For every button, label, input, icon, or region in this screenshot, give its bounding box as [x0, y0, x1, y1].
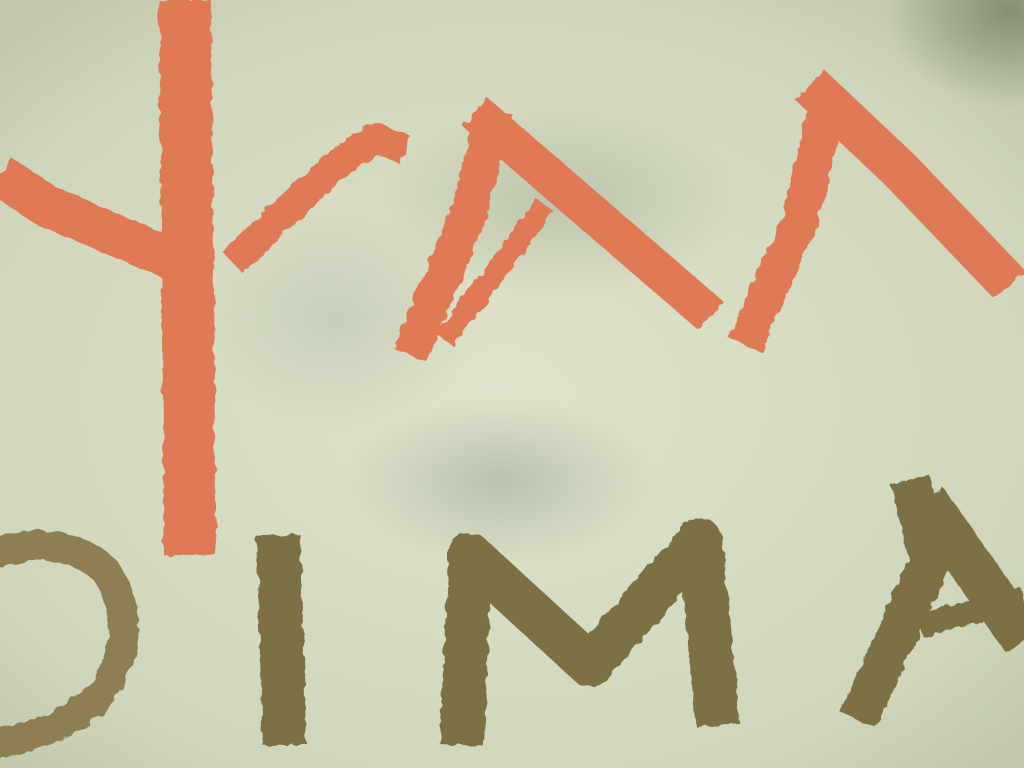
letter-strokes	[0, 0, 1024, 768]
macro-photo: IMA	[0, 0, 1024, 768]
a-like-glyph-crossbar	[475, 112, 710, 315]
left-branch-stroke	[0, 175, 185, 265]
letter-i	[278, 535, 285, 745]
inverted-v-right-stroke	[810, 85, 1010, 285]
lower-brown-letters	[0, 480, 1024, 745]
right-branch-stroke	[232, 138, 405, 262]
letter-m	[462, 540, 718, 745]
partial-o-glyph	[0, 545, 124, 745]
inverted-v-left-stroke	[745, 95, 830, 345]
vertical-stem-stroke	[185, 0, 190, 555]
upper-orange-strokes	[0, 0, 1010, 555]
